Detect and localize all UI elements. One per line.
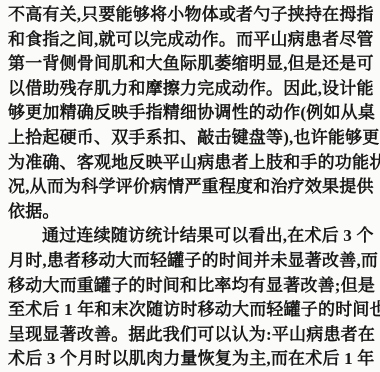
- text-line: 以借助残存肌力和摩擦力完成动作。因此,设计能: [8, 77, 373, 102]
- text-line-paragraph-end: 依据。: [8, 200, 373, 225]
- text-line: 呈现显著改善。据此我们可以认为:平山病患者在: [8, 323, 373, 348]
- text-line: 况,从而为科学评价病情严重程度和治疗效果提供: [8, 175, 373, 200]
- text-line: 上拾起硬币、双手系扣、敲击键盘等),也许能够更: [8, 126, 373, 151]
- text-line: 至术后 1 年和末次随访时移动大而轻罐子的时间也: [8, 298, 373, 323]
- page: 不高有关,只要能够将小物体或者勺子挟持在拇指 和食指之间,就可以完成动作。而平山…: [0, 0, 380, 372]
- text-line: 移动大而重罐子的时间和比率均有显著改善;但是: [8, 274, 373, 299]
- text-line: 月时,患者移动大而轻罐子的时间并未显著改善,而: [8, 249, 373, 274]
- text-line: 术后 3 个月时以肌肉力量恢复为主,而在术后 1 年: [8, 347, 373, 372]
- text-line: 第一背侧骨间肌和大鱼际肌萎缩明显,但是还是可: [8, 52, 373, 77]
- text-line: 够更加精确反映手指精细协调性的动作(例如从桌: [8, 101, 373, 126]
- text-line: 为准确、客观地反映平山病患者上肢和手的功能状: [8, 151, 373, 176]
- text-line: 和食指之间,就可以完成动作。而平山病患者尽管: [8, 28, 373, 53]
- text-line-paragraph-start: 通过连续随访统计结果可以看出,在术后 3 个: [8, 224, 373, 249]
- text-line: 不高有关,只要能够将小物体或者勺子挟持在拇指: [8, 3, 373, 28]
